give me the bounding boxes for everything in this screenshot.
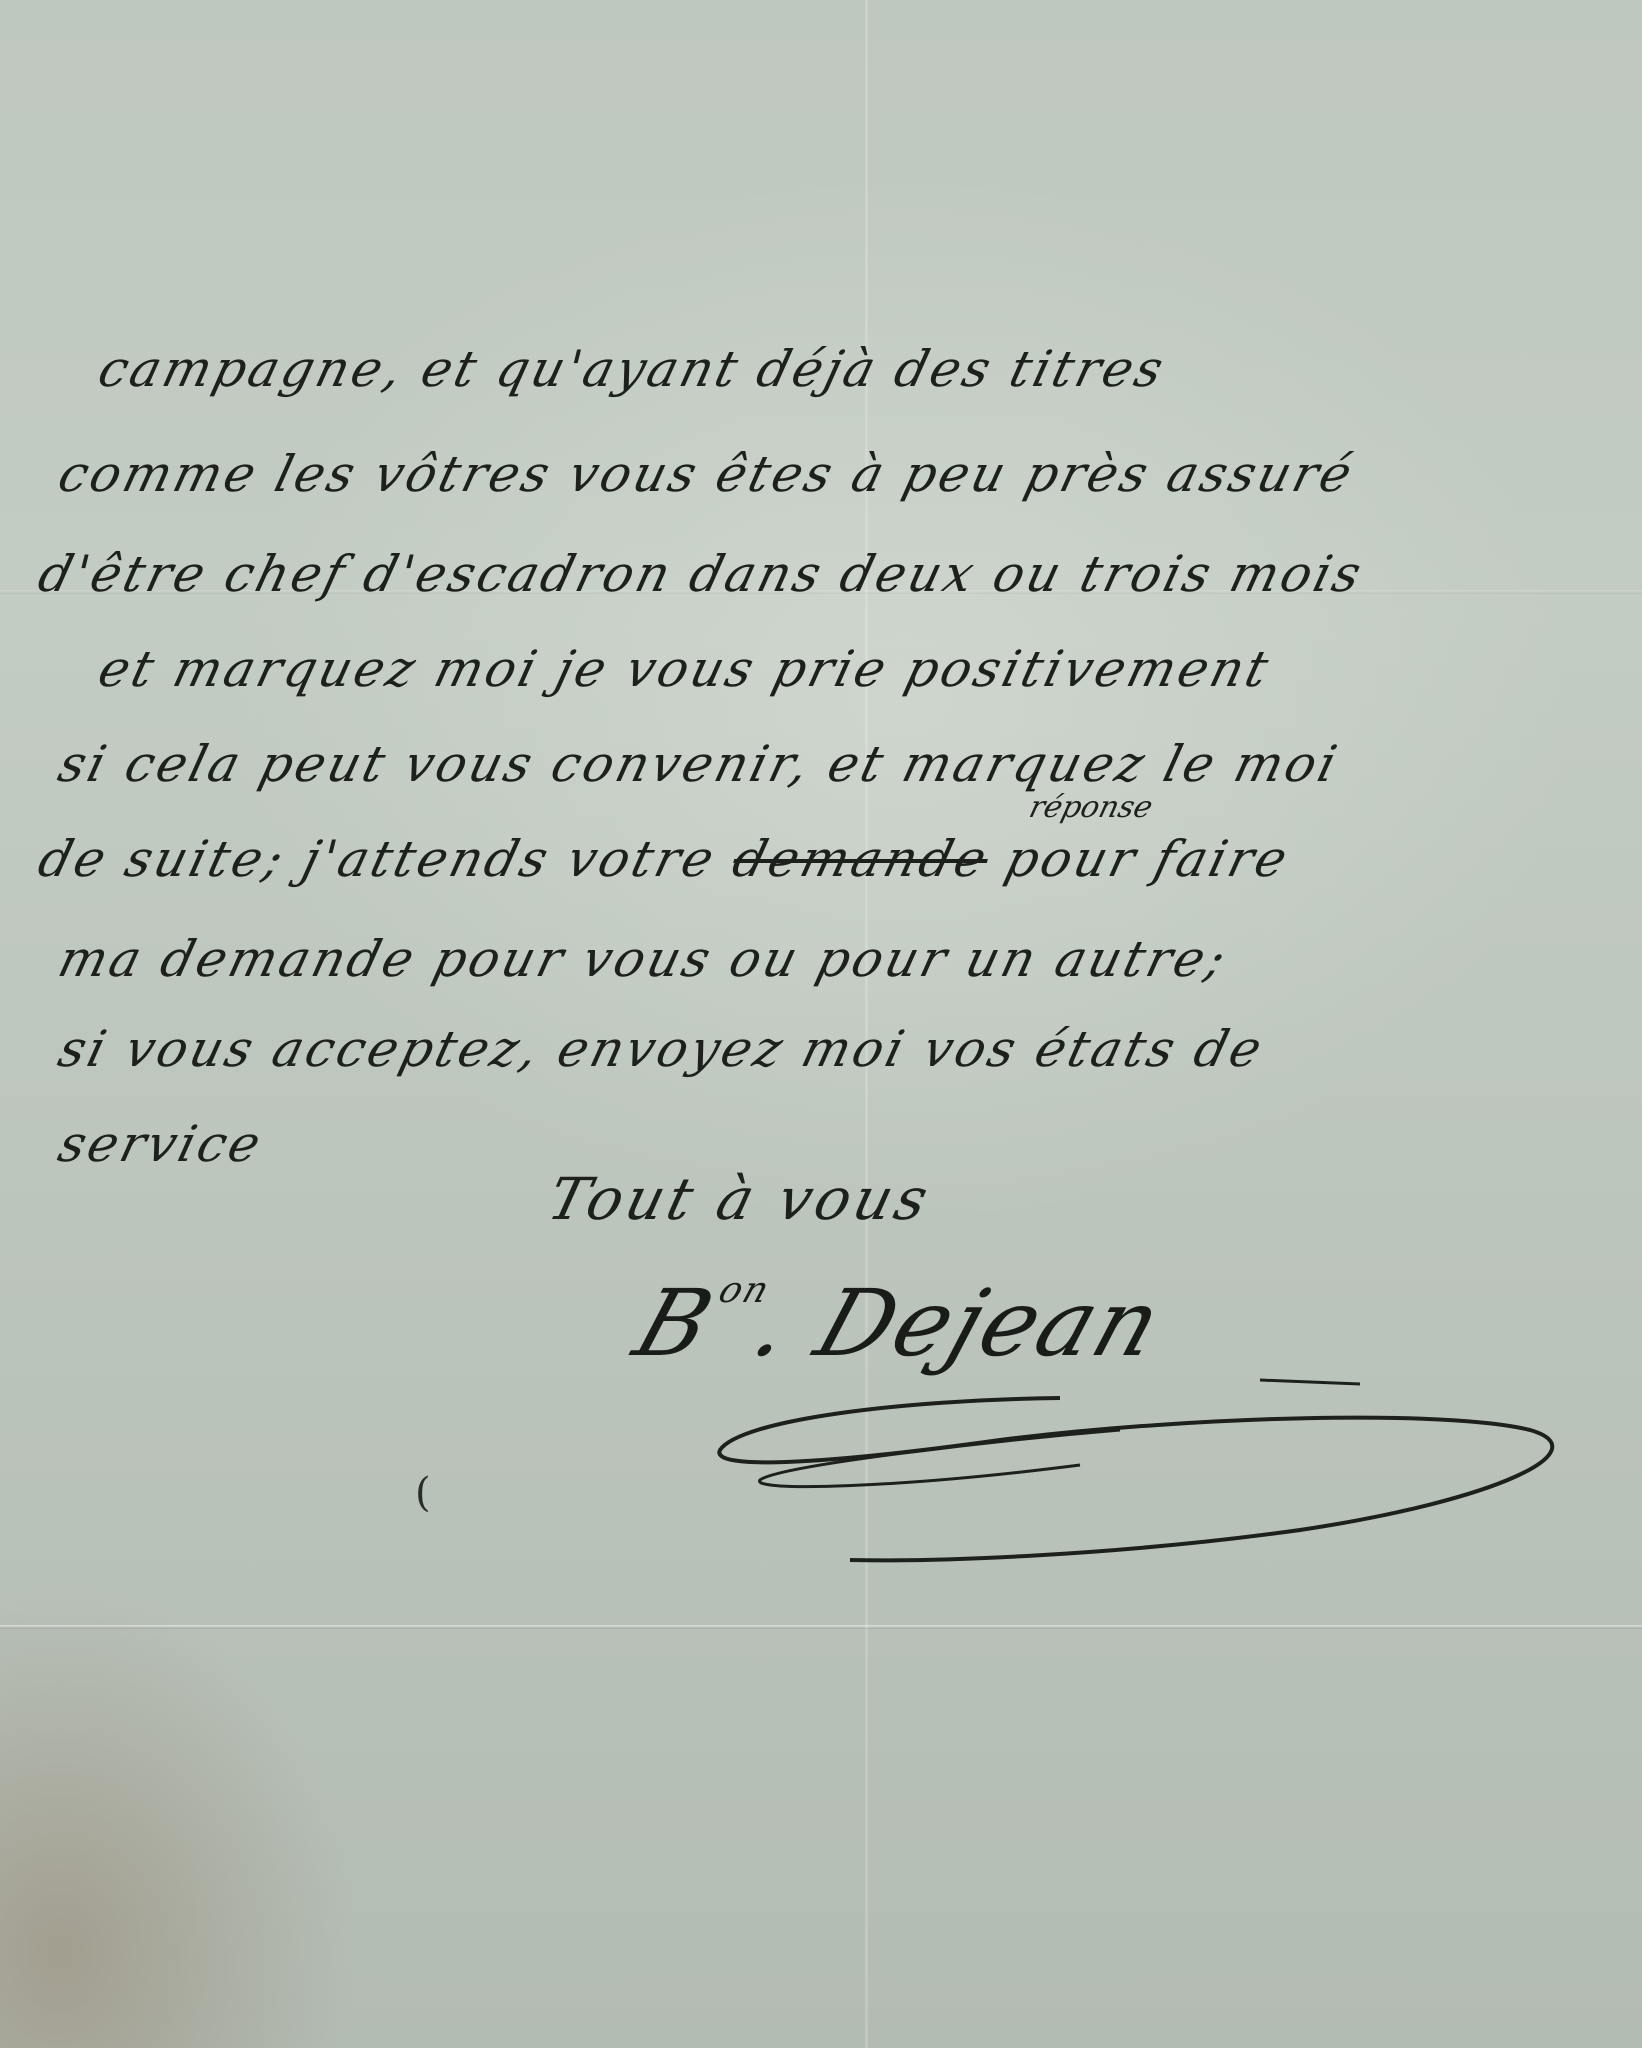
letter-line-6: de suite; j'attends votre demande pour f… [33, 830, 1296, 888]
letter-line-9: service [53, 1115, 269, 1173]
signature-prefix: B [623, 1270, 727, 1377]
signature-name: Dejean [804, 1270, 1176, 1377]
stray-ink-mark: ( [415, 1470, 431, 1516]
letter-line-4: et marquez moi je vous prie positivement [93, 640, 1277, 698]
paper-fold-lower [0, 1625, 1642, 1629]
letter-line-3: d'être chef d'escadron dans deux ou troi… [33, 545, 1370, 603]
closing-phrase: Tout à vous [542, 1165, 939, 1233]
letter-line-8: si vous acceptez, envoyez moi vos états … [53, 1020, 1271, 1078]
letter-line-2: comme les vôtres vous êtes à peu près as… [53, 445, 1361, 503]
insertion-above-strike: réponse [1026, 790, 1157, 825]
letter-line-5: si cela peut vous convenir, et marquez l… [53, 735, 1345, 793]
line-6-end: pour faire [1000, 830, 1296, 888]
letter-line-7: ma demande pour vous ou pour un autre; [53, 930, 1234, 988]
letter-page: campagne, et qu'ayant déjà des titres co… [0, 0, 1642, 2048]
signature-flourish [700, 1370, 1580, 1570]
signature: Bon. Dejean [623, 1270, 1176, 1377]
letter-line-1: campagne, et qu'ayant déjà des titres [93, 340, 1172, 398]
line-6-start: de suite; j'attends votre [33, 830, 723, 888]
struck-word: demande [727, 830, 995, 888]
